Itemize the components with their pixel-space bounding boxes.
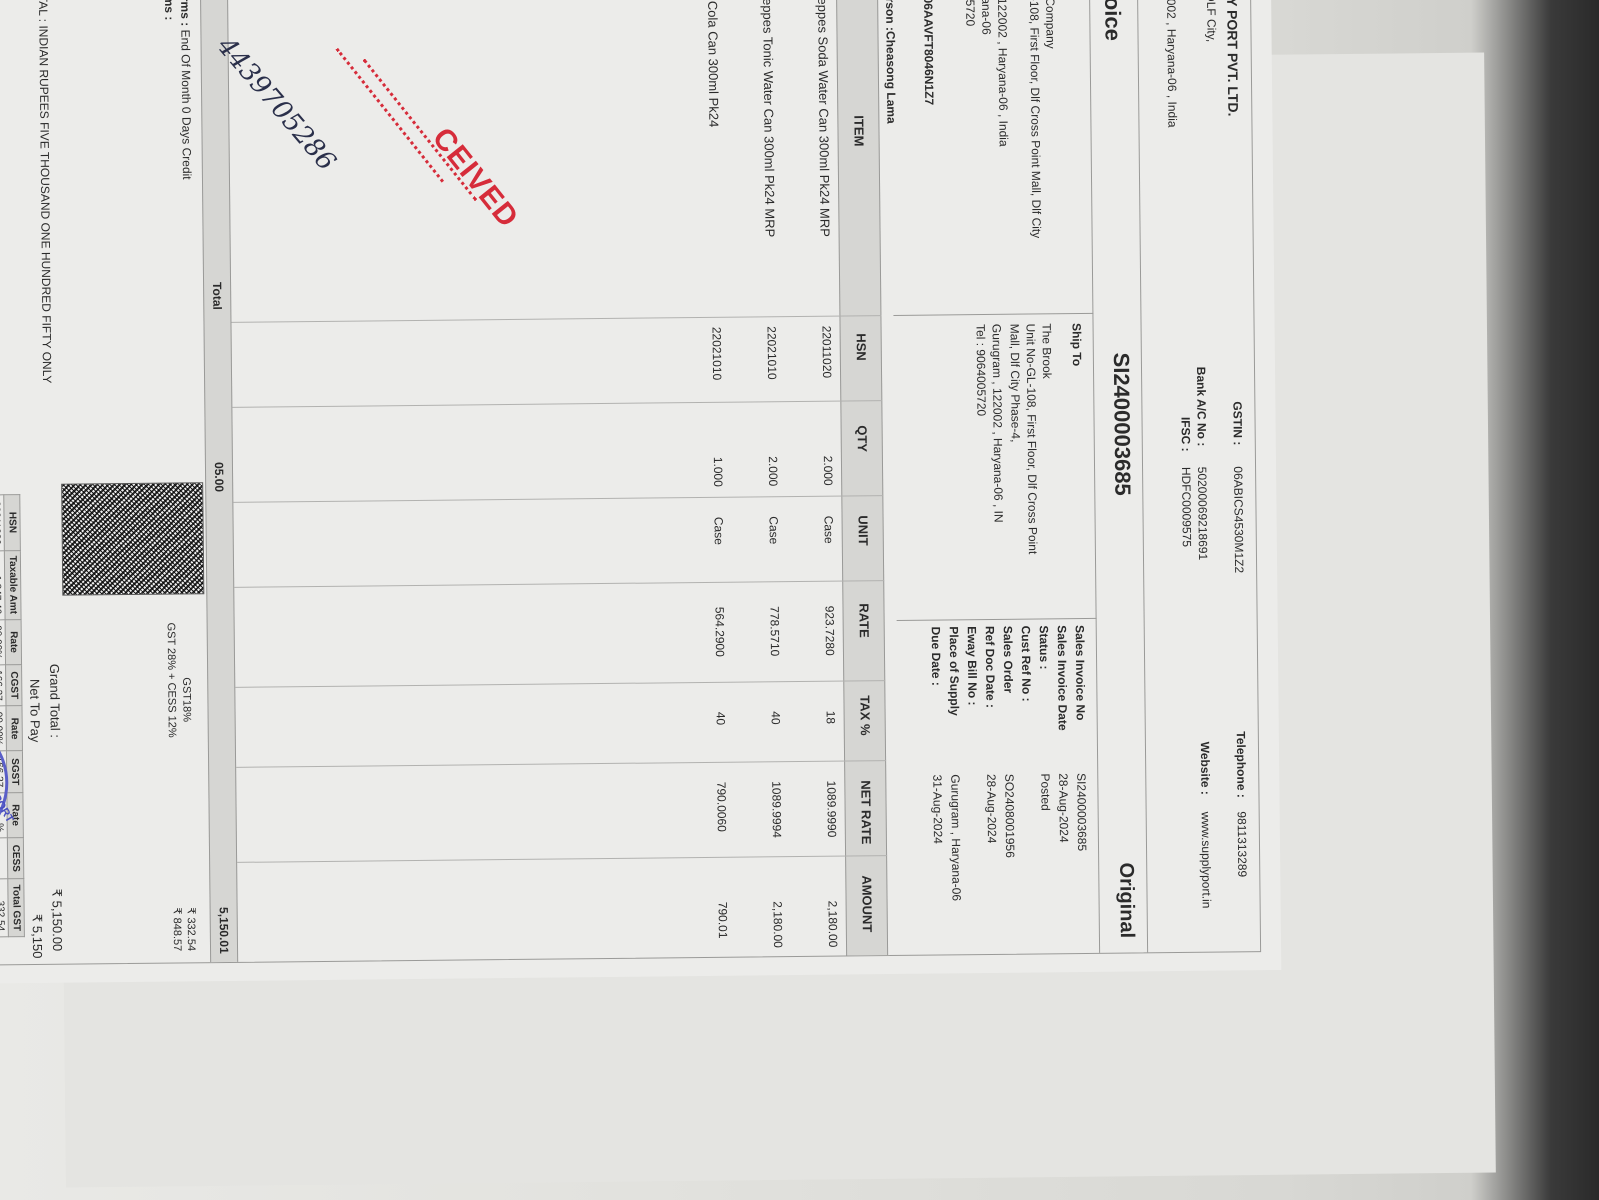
meta-value: Posted [1038, 773, 1052, 811]
cell-amount: 2,180.00 [771, 901, 785, 948]
website-label: Website : [1198, 742, 1213, 795]
meta-label: Eway Bill No : [965, 626, 980, 706]
gst-cell: 09.00% [0, 706, 6, 751]
seller-address-3: Gurgaon , 122002 , Haryana-06 , India [1163, 0, 1179, 128]
col-tax: TAX % [857, 695, 872, 735]
gst-cell: 166.27 [0, 665, 6, 707]
total-qty: 05.00 [212, 462, 226, 492]
bill-to-company: The Quatro Company [1042, 0, 1057, 49]
meta-value: Gurugram , Haryana-06 [948, 774, 963, 901]
col-amount: AMOUNT [859, 875, 875, 932]
items-table-header: S.No ITEM HSN QTY UNIT RATE TAX % NET RA… [835, 0, 888, 955]
cell-tax: 40 [769, 711, 783, 725]
handwritten-number: 4439705286 [211, 32, 341, 177]
invoice-frame: S. S SUPPLY PORT PVT. LTD. Opp- V-10/5, … [0, 0, 1261, 966]
bill-to-contact: Contact Person :Cheasong Lama [882, 0, 898, 124]
seller-header: S. S SUPPLY PORT PVT. LTD. Opp- V-10/5, … [1136, 0, 1260, 952]
meta-label: Cust Ref No : [1019, 626, 1034, 702]
seller-name: S. S SUPPLY PORT PVT. LTD. [1223, 0, 1241, 116]
gst-col-header: CESS [7, 837, 23, 879]
meta-value: SO2408001956 [1002, 774, 1017, 858]
website-link[interactable]: www.supplyport.in [1199, 812, 1214, 909]
qr-code [61, 482, 204, 595]
bank-label: Bank A/C No : [1194, 367, 1209, 447]
meta-label: Sales Invoice Date [1055, 625, 1070, 731]
meta-label: Sales Order [1001, 626, 1016, 694]
col-qty: QTY [855, 425, 870, 452]
cell-qty: 1.000 [711, 457, 725, 487]
cell-hsn: 22021010 [765, 326, 780, 380]
general-terms-label: Ceneral Terms : [161, 0, 176, 20]
ship-to-line3: Gurugram , 122002 , Haryana-06 , IN [990, 324, 1006, 523]
bill-to-gstin: GSTIN NO:06AAVFT8046N1Z7 [920, 0, 936, 105]
tax-line-2-label: GST 28% + CESS 12% [165, 622, 178, 737]
gst-col-header: Rate [5, 619, 21, 664]
col-hsn: HSN [854, 333, 869, 361]
gstin-label: GSTIN : [1230, 401, 1244, 445]
gst-col-header: Total GST [8, 879, 25, 937]
bill-to-state: State : Haryana-06 [978, 0, 993, 35]
cell-rate: 564.2900 [712, 607, 727, 657]
gst-col-header: SGST [6, 751, 22, 793]
telephone-value: 9811313289 [1235, 811, 1250, 877]
cell-hsn: 22021010 [710, 327, 725, 381]
gst-col-header: HSN [4, 495, 21, 551]
grand-total-value: ₹ 5,150.00 [48, 889, 65, 952]
net-to-pay-label: Net To Pay [27, 679, 43, 743]
cell-qty: 2.000 [766, 456, 780, 486]
ifsc-label: IFSC : [1179, 417, 1193, 452]
cell-unit: Case [822, 516, 836, 544]
meta-label: Due Date : [929, 626, 944, 685]
gst-cell: 09.00% [0, 620, 6, 665]
gst-col-header: Taxable Amt [4, 550, 21, 620]
cell-item: Schweppes Soda Water Can 300ml Pk24 MRP [815, 0, 833, 237]
ship-to-tel: Tel : 9064005720 [974, 324, 989, 416]
cell-rate: 923.7280 [822, 606, 837, 656]
cell-net_rate: 790.0060 [714, 782, 729, 832]
cell-qty: 2.000 [821, 456, 835, 486]
cell-tax: 18 [824, 711, 838, 725]
gst-cell: 22011020 [0, 495, 4, 551]
meta-value: 31-Aug-2024 [930, 774, 945, 844]
payment-terms-label: Payment Terms : [177, 0, 192, 26]
ship-to-line2: Mall, Dlf City Phase-4, [1008, 324, 1023, 443]
invoice-number-heading: SI2400003685 [1108, 352, 1135, 495]
gst-summary-table: HSNTaxable AmtRateCGSTRateSGSTRateCESSTo… [0, 494, 25, 938]
grand-total-words: GRAND TOTAL : INDIAN RUPEES FIVE THOUSAN… [35, 0, 54, 384]
gst-cell: 332.54 [0, 879, 8, 937]
cell-amount: 2,180.00 [826, 901, 840, 948]
col-net-rate: NET RATE [858, 780, 874, 844]
cell-item: Coca Cola Can 300ml Pk24 [705, 0, 722, 127]
bank-value: 50200069218691 [1195, 467, 1210, 561]
bill-to-tel: Tel : 9064005720 [962, 0, 977, 26]
cell-hsn: 22011020 [820, 326, 835, 379]
bill-to-line3: Gurugram , 122002 , Haryana-06 , India [994, 0, 1010, 147]
meta-label: Place of Supply [947, 626, 962, 716]
cell-unit: Case [712, 517, 726, 545]
tax-line-2-value: ₹ 848.57 [171, 907, 184, 951]
document-title: Tax Invoice [1098, 0, 1125, 41]
gst-cell: 1,847.46 [0, 550, 5, 620]
bill-to-line1: Unit No- GL-108, First Floor, Dlf Cross … [1026, 0, 1043, 238]
ship-to-heading: Ship To [1070, 323, 1084, 366]
items-total-row: Total 05.00 5,150.01 [199, 0, 238, 962]
meta-value: SI2400003685 [1074, 773, 1089, 851]
copy-label: Original [1114, 862, 1138, 938]
cell-net_rate: 1089.9994 [769, 781, 784, 838]
ifsc-value: HDFC0009575 [1179, 467, 1194, 547]
col-unit: UNIT [856, 515, 871, 545]
cell-tax: 40 [714, 712, 728, 726]
cell-item: Schweppes Tonic Water Can 300ml Pk24 MRP [760, 0, 778, 237]
gst-col-header: CGST [6, 664, 22, 706]
gstin-value: 06ABICS4530M1Z2 [1231, 466, 1246, 573]
meta-value: 28-Aug-2024 [984, 774, 999, 844]
grand-total-label: Grand Total : [47, 664, 63, 738]
cell-net_rate: 1089.9990 [824, 781, 839, 838]
invoice-page: S. S SUPPLY PORT PVT. LTD. Opp- V-10/5, … [0, 0, 1281, 985]
net-to-pay-value: ₹ 5,150 [29, 914, 45, 959]
telephone-label: Telephone : [1234, 731, 1249, 798]
tax-line-1-value: ₹ 332.54 [185, 907, 198, 951]
cell-amount: 790.01 [716, 902, 730, 939]
meta-value: 28-Aug-2024 [1056, 773, 1071, 843]
col-item: ITEM [851, 115, 866, 146]
received-stamp-line-2 [336, 48, 444, 183]
total-amount: 5,150.01 [217, 907, 231, 954]
seller-address-1: Opp- V-10/5, DLF City, [1203, 0, 1218, 42]
total-label: Total [210, 282, 224, 310]
meta-label: Sales Invoice No [1073, 625, 1088, 721]
meta-label: Status : [1037, 625, 1051, 669]
ship-to-name: The Brook [1040, 323, 1055, 379]
payment-terms-value: End Of Month 0 Days Credit [178, 29, 194, 179]
tax-line-1-label: GST18% [180, 677, 192, 722]
ship-to-line1: Unit No-GL-108, First Floor, Dlf Cross P… [1024, 323, 1040, 554]
received-stamp-line-1 [363, 59, 478, 202]
meta-label: Ref Doc Date : [983, 626, 998, 708]
col-rate: RATE [856, 603, 871, 638]
cell-rate: 778.5710 [767, 606, 782, 656]
gst-col-header: Rate [6, 706, 22, 751]
cell-unit: Case [767, 516, 781, 544]
